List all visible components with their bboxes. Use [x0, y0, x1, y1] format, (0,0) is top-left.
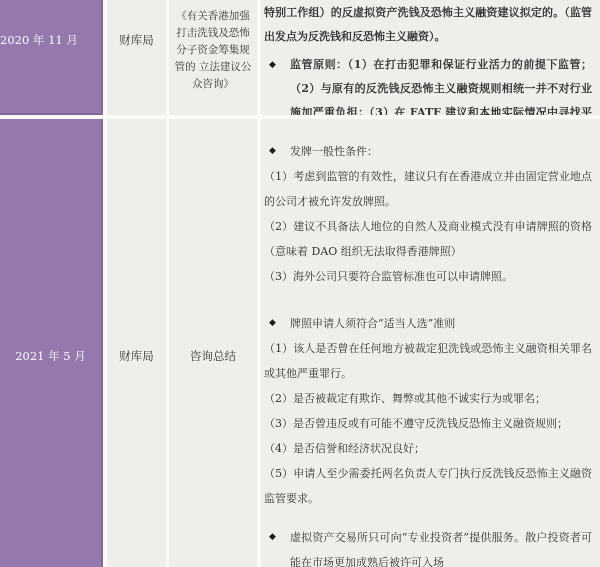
agency-label: 财库局 [119, 349, 154, 363]
numbered-item: （1）考虑到监管的有效性，建议只有在香港成立并由固定营业地点的公司才被允许发放牌… [264, 164, 592, 214]
date-label: 2021 年 5 月 [15, 349, 86, 363]
content-cell: 特别工作组）的反虚拟资产洗钱及恐怖主义融资建议拟定的。（监管出发点为反洗钱和反恐… [261, 0, 600, 115]
regulation-consultation-table: 2020 年 11 月 财库局 《有关香港加强打击洗钱及恐怖分子资金筹集规管的 … [0, 0, 600, 567]
document-title: 咨询总结 [190, 349, 236, 363]
bullet-text: 虚拟资产交易所只可向“专业投资者”提供服务。散户投资者可能在市场更加成熟后被许可… [290, 525, 592, 567]
date-cell: 2021 年 5 月 [0, 119, 103, 567]
bullet-text: 发牌一般性条件： [290, 139, 592, 164]
content-cell: ◆ 发牌一般性条件： （1）考虑到监管的有效性，建议只有在香港成立并由固定营业地… [261, 119, 600, 567]
bullet-text: 牌照申请人须符合“适当人选”准则 [290, 311, 592, 336]
bullet-paragraph: ◆ 监管原则：（1）在打击犯罪和保证行业活力的前提下监管；（2）与原有的反洗钱反… [264, 53, 592, 115]
bullet-paragraph: ◆ 牌照申请人须符合“适当人选”准则 [264, 311, 592, 336]
numbered-item: （3）是否曾违反或有可能不遵守反洗钱反恐怖主义融资规则； [264, 411, 592, 436]
numbered-item: （1）该人是否曾在任何地方被裁定犯洗钱或恐怖主义融资相关罪名或其他严重罪行。 [264, 336, 592, 386]
document-title: 《有关香港加强打击洗钱及恐怖分子资金筹集规管的 立法建议公众咨询》 [175, 10, 252, 90]
continuation-paragraph: 特别工作组）的反虚拟资产洗钱及恐怖主义融资建议拟定的。（监管出发点为反洗钱和反恐… [264, 1, 592, 49]
table-row: 2021 年 5 月 财库局 咨询总结 ◆ 发牌一般性条件： （1）考虑到监管的… [0, 119, 600, 567]
numbered-item: （2）是否被裁定有欺诈、舞弊或其他不诚实行为或罪名； [264, 386, 592, 411]
agency-cell: 财库局 [107, 119, 166, 567]
professional-investor-section: ◆ 虚拟资产交易所只可向“专业投资者”提供服务。散户投资者可能在市场更加成熟后被… [264, 525, 592, 567]
agency-label: 财库局 [119, 33, 154, 47]
bullet-paragraph: ◆ 发牌一般性条件： [264, 139, 592, 164]
diamond-bullet-icon: ◆ [264, 311, 290, 336]
date-cell: 2020 年 11 月 [0, 0, 103, 115]
bullet-text: 监管原则：（1）在打击犯罪和保证行业活力的前提下监管；（2）与原有的反洗钱反恐怖… [290, 53, 592, 115]
numbered-item: （4）是否信誉和经济状况良好； [264, 436, 592, 461]
bullet-paragraph: ◆ 虚拟资产交易所只可向“专业投资者”提供服务。散户投资者可能在市场更加成熟后被… [264, 525, 592, 567]
numbered-item: （2）建议不具备法人地位的自然人及商业模式没有申请牌照的资格（意味着 DAO 组… [264, 214, 592, 264]
table-row: 2020 年 11 月 财库局 《有关香港加强打击洗钱及恐怖分子资金筹集规管的 … [0, 0, 600, 115]
fit-and-proper-section: ◆ 牌照申请人须符合“适当人选”准则 （1）该人是否曾在任何地方被裁定犯洗钱或恐… [264, 311, 592, 511]
date-label: 2020 年 11 月 [0, 33, 78, 47]
numbered-item: （3）海外公司只要符合监管标准也可以申请牌照。 [264, 264, 592, 289]
diamond-bullet-icon: ◆ [264, 53, 290, 77]
agency-cell: 财库局 [107, 0, 166, 115]
licensing-conditions-section: ◆ 发牌一般性条件： （1）考虑到监管的有效性，建议只有在香港成立并由固定营业地… [264, 139, 592, 289]
document-title-cell: 咨询总结 [169, 119, 257, 567]
numbered-item: （5）申请人至少需委托两名负责人专门执行反洗钱反恐怖主义融资监管要求。 [264, 461, 592, 511]
diamond-bullet-icon: ◆ [264, 139, 290, 164]
document-title-cell: 《有关香港加强打击洗钱及恐怖分子资金筹集规管的 立法建议公众咨询》 [169, 0, 257, 115]
diamond-bullet-icon: ◆ [264, 525, 290, 550]
